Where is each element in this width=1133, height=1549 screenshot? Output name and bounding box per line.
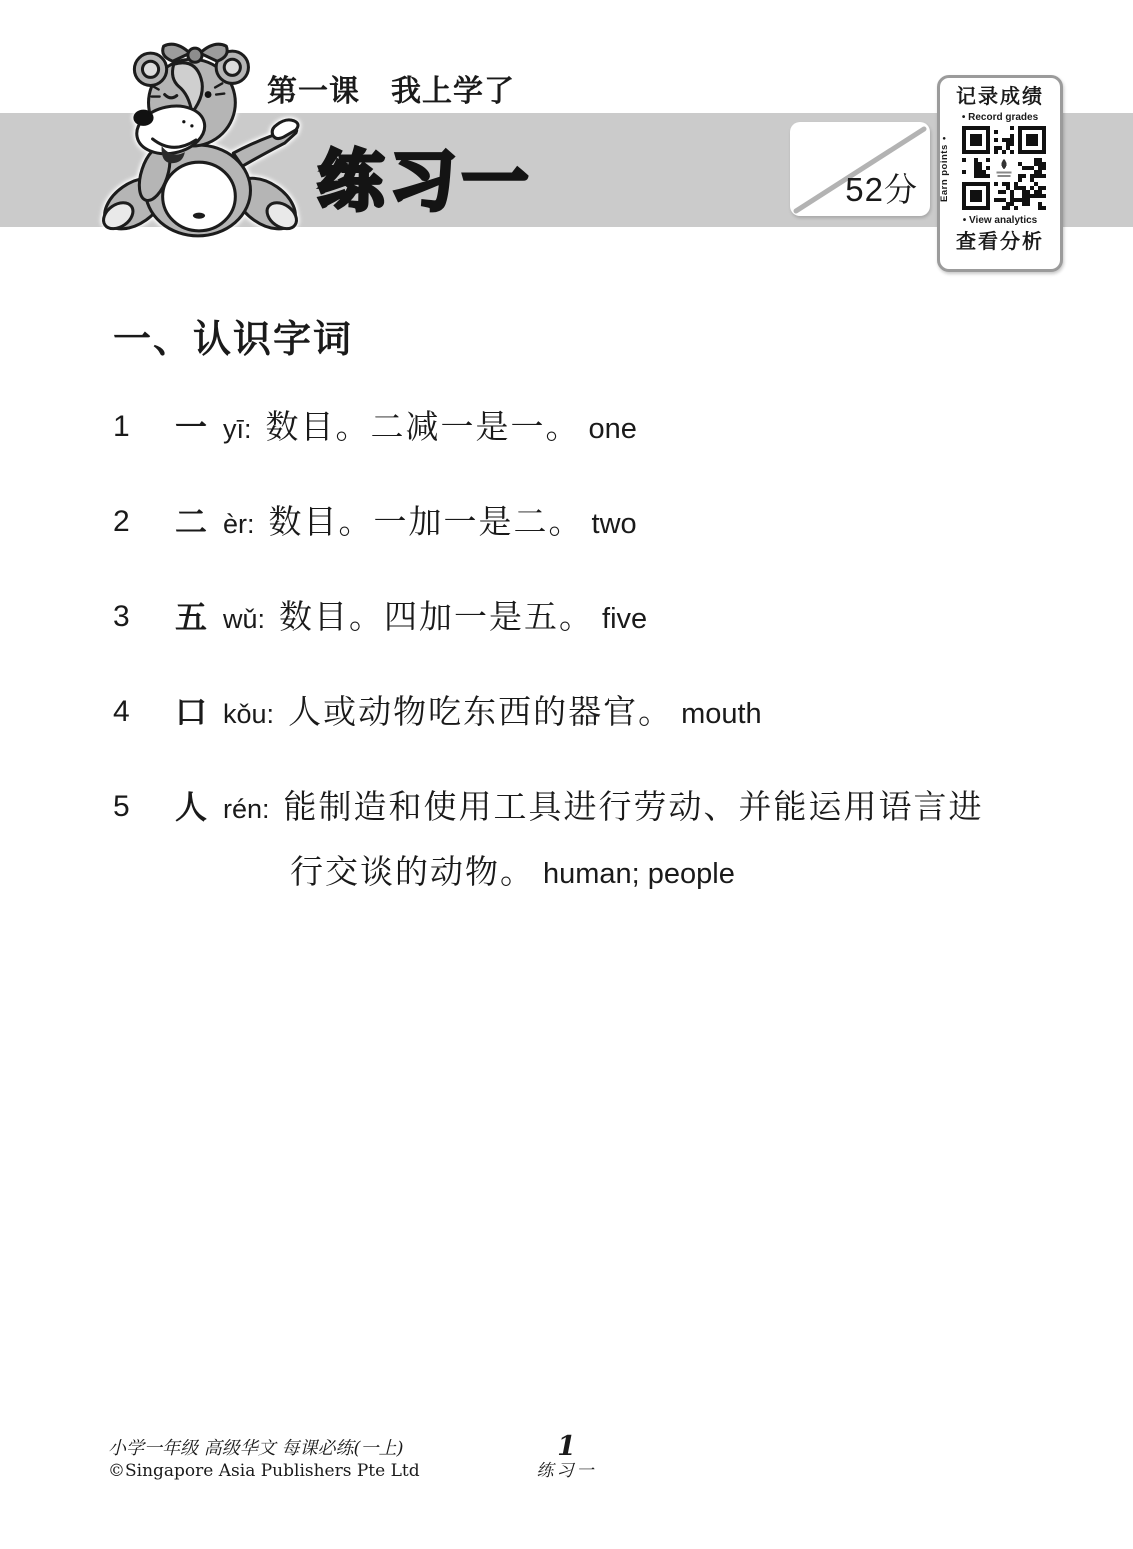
item-definition-line: 数目。四加一是五。 xyxy=(279,597,594,636)
vocab-item: 3 五wǔ:数目。四加一是五。five xyxy=(113,588,1025,653)
vocab-list: 1 一yī:数目。二减一是一。one 2 二èr:数目。一加一是二。two 3 … xyxy=(113,398,1025,908)
item-body: 口kǒu:人或动物吃东西的器官。mouth xyxy=(175,683,1025,748)
item-body: 五wǔ:数目。四加一是五。five xyxy=(175,588,1025,653)
item-definition: 数目。一加一是二。 xyxy=(269,502,584,541)
item-definition: 数目。四加一是五。 xyxy=(279,597,594,636)
item-english: one xyxy=(589,413,637,445)
score-box: 52分 xyxy=(790,122,930,216)
vocab-item: 2 二èr:数目。一加一是二。two xyxy=(113,493,1025,558)
vocab-item: 1 一yī:数目。二减一是一。one xyxy=(113,398,1025,463)
item-definition-line: 人或动物吃东西的器官。 xyxy=(288,692,673,731)
item-number: 1 xyxy=(113,398,175,463)
item-definition-line: 行交谈的动物。 xyxy=(290,852,535,891)
item-character: 人 xyxy=(175,789,207,825)
item-number: 2 xyxy=(113,493,175,558)
score-value: 52分 xyxy=(845,164,918,211)
qr-view-analytics-text: View analytics xyxy=(969,215,1037,226)
vocab-item: 4 口kǒu:人或动物吃东西的器官。mouth xyxy=(113,683,1025,748)
main-content: 一、认识字词 1 一yī:数目。二减一是一。one 2 二èr:数目。一加一是二… xyxy=(113,318,1025,938)
footer-exercise-label: 练习一 xyxy=(0,1461,1133,1481)
section-heading: 一、认识字词 xyxy=(113,318,1025,362)
item-pinyin: wǔ: xyxy=(223,604,265,634)
item-pinyin: kǒu: xyxy=(223,699,274,729)
item-english: human; people xyxy=(543,858,735,890)
item-character: 一 xyxy=(175,409,207,445)
item-pinyin: rén: xyxy=(223,794,270,824)
bullet-icon: • xyxy=(962,112,966,123)
item-number: 4 xyxy=(113,683,175,748)
qr-title-zh: 记录成绩 xyxy=(940,85,1060,109)
item-body: 一yī:数目。二减一是一。one xyxy=(175,398,1025,463)
qr-record-grades-text: Record grades xyxy=(968,112,1038,123)
qr-record-grades-label: • Record grades xyxy=(940,111,1060,124)
bullet-icon: • xyxy=(939,136,950,140)
item-body: 二èr:数目。一加一是二。two xyxy=(175,493,1025,558)
footer-center: 1 练习一 xyxy=(0,1433,1133,1481)
item-body: 人rén:能制造和使用工具进行劳动、并能运用语言进行交谈的动物。human; p… xyxy=(175,778,1025,908)
item-english: two xyxy=(592,508,637,540)
page-number: 1 xyxy=(0,1433,1133,1461)
qr-code-image xyxy=(962,126,1046,210)
item-pinyin: èr: xyxy=(223,509,255,539)
item-character: 口 xyxy=(175,694,207,730)
qr-footer-zh: 查看分析 xyxy=(940,230,1060,254)
qr-earn-points-text: Earn points xyxy=(939,144,950,202)
item-number: 5 xyxy=(113,778,175,908)
item-definition-line: 数目。一加一是二。 xyxy=(269,502,584,541)
item-number: 3 xyxy=(113,588,175,653)
item-character: 五 xyxy=(175,599,207,635)
item-definition: 人或动物吃东西的器官。 xyxy=(288,692,673,731)
vocab-item: 5 人rén:能制造和使用工具进行劳动、并能运用语言进行交谈的动物。human;… xyxy=(113,778,1025,908)
qr-panel: 记录成绩 • Record grades Earn points• • View… xyxy=(937,75,1063,272)
item-character: 二 xyxy=(175,504,207,540)
item-pinyin: yī: xyxy=(223,414,252,444)
bear-mascot-illustration xyxy=(94,42,306,244)
item-english: five xyxy=(602,603,647,635)
qr-earn-points-label: Earn points• xyxy=(939,126,950,212)
qr-view-analytics-label: • View analytics xyxy=(940,214,1060,227)
item-definition: 数目。二减一是一。 xyxy=(266,407,581,446)
item-english: mouth xyxy=(681,698,762,730)
bullet-icon: • xyxy=(963,215,967,226)
item-definition-line: 能制造和使用工具进行劳动、并能运用语言进 xyxy=(284,787,984,826)
item-definition-line: 数目。二减一是一。 xyxy=(266,407,581,446)
exercise-title: 练习一 xyxy=(317,128,535,223)
